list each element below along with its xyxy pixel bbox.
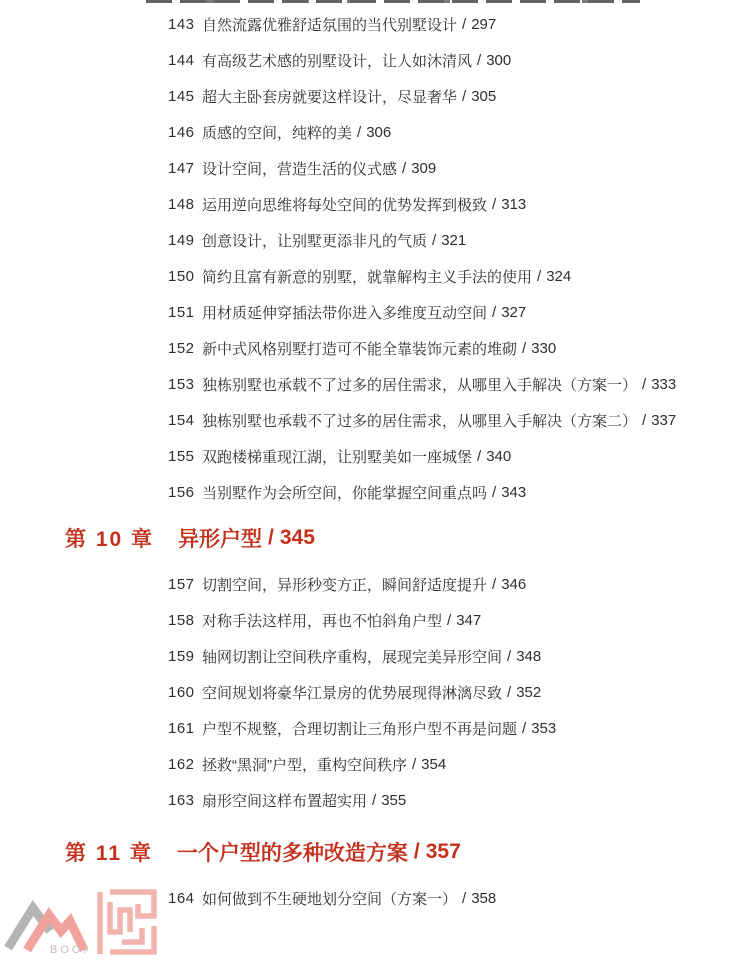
- chapter-label: 第 11 章: [65, 837, 153, 867]
- toc-section-2: 157切割空间，异形秒变方正，瞬间舒适度提升/346 158对称手法这样用，再也…: [168, 566, 556, 818]
- entry-separator: /: [447, 612, 451, 629]
- entry-page: 306: [366, 124, 391, 141]
- entry-separator: /: [642, 376, 646, 393]
- entry-separator: /: [412, 756, 416, 773]
- entry-page: 354: [421, 756, 446, 773]
- entry-page: 353: [531, 720, 556, 737]
- toc-entry: 164如何做到不生硬地划分空间（方案一）/358: [168, 880, 496, 916]
- entry-number: 156: [168, 484, 202, 501]
- entry-number: 151: [168, 304, 202, 321]
- entry-number: 153: [168, 376, 202, 393]
- entry-title: 质感的空间，纯粹的美: [202, 122, 352, 143]
- entry-separator: /: [507, 648, 511, 665]
- entry-page: 343: [501, 484, 526, 501]
- entry-number: 147: [168, 160, 202, 177]
- toc-entry: 146质感的空间，纯粹的美/306: [168, 114, 676, 150]
- toc-entry: 155双跑楼梯重现江湖，让别墅美如一座城堡/340: [168, 438, 676, 474]
- entry-number: 160: [168, 684, 202, 701]
- entry-page: 330: [531, 340, 556, 357]
- entry-number: 158: [168, 612, 202, 629]
- entry-number: 150: [168, 268, 202, 285]
- entry-title: 设计空间，营造生活的仪式感: [202, 158, 397, 179]
- toc-entry: 162拯救“黑洞”户型，重构空间秩序/354: [168, 746, 556, 782]
- toc-entry: 144有高级艺术感的别墅设计，让人如沐清风/300: [168, 42, 676, 78]
- entry-page: 324: [546, 268, 571, 285]
- book-logo-text: BOOK: [50, 944, 88, 954]
- chapter-title: 一个户型的多种改造方案: [177, 837, 408, 867]
- entry-page: 340: [486, 448, 511, 465]
- toc-section-1: 143自然流露优雅舒适氛围的当代别墅设计/297 144有高级艺术感的别墅设计，…: [168, 6, 676, 510]
- entry-separator: /: [507, 684, 511, 701]
- entry-separator: /: [522, 340, 526, 357]
- entry-separator: /: [492, 196, 496, 213]
- entry-separator: /: [642, 412, 646, 429]
- entry-title: 运用逆向思维将每处空间的优势发挥到极致: [202, 194, 487, 215]
- toc-entry: 163扇形空间这样布置超实用/355: [168, 782, 556, 818]
- entry-title: 自然流露优雅舒适氛围的当代别墅设计: [202, 14, 457, 35]
- toc-entry: 143自然流露优雅舒适氛围的当代别墅设计/297: [168, 6, 676, 42]
- entry-title: 户型不规整，合理切割让三角形户型不再是问题: [202, 718, 517, 739]
- chapter-page: 357: [426, 840, 461, 864]
- entry-number: 159: [168, 648, 202, 665]
- entry-number: 157: [168, 576, 202, 593]
- toc-entry: 152新中式风格别墅打造可不能全靠装饰元素的堆砌/330: [168, 330, 676, 366]
- toc-entry: 159轴网切割让空间秩序重构，展现完美异形空间/348: [168, 638, 556, 674]
- entry-separator: /: [462, 16, 466, 33]
- entry-title: 独栋别墅也承载不了过多的居住需求，从哪里入手解决（方案一）: [202, 374, 637, 395]
- entry-title: 当别墅作为会所空间，你能掌握空间重点吗: [202, 482, 487, 503]
- entry-separator: /: [402, 160, 406, 177]
- entry-title: 轴网切割让空间秩序重构，展现完美异形空间: [202, 646, 502, 667]
- toc-entry: 149创意设计，让别墅更添非凡的气质/321: [168, 222, 676, 258]
- entry-page: 313: [501, 196, 526, 213]
- entry-separator: /: [492, 304, 496, 321]
- chapter-title: 异形户型: [178, 523, 262, 553]
- clipped-text-remnant: [146, 0, 640, 3]
- chapter-heading-11: 第 11 章 一个户型的多种改造方案 / 357: [65, 836, 461, 868]
- entry-page: 348: [516, 648, 541, 665]
- entry-separator: /: [462, 890, 466, 907]
- chapter-label: 第 10 章: [65, 523, 154, 553]
- entry-title: 对称手法这样用，再也不怕斜角户型: [202, 610, 442, 631]
- chapter-separator: /: [268, 526, 274, 550]
- entry-number: 152: [168, 340, 202, 357]
- entry-separator: /: [357, 124, 361, 141]
- toc-entry: 156当别墅作为会所空间，你能掌握空间重点吗/343: [168, 474, 676, 510]
- watermark: BOOK: [0, 884, 180, 960]
- entry-page: 347: [456, 612, 481, 629]
- chapter-separator: /: [414, 840, 420, 864]
- entry-page: 297: [471, 16, 496, 33]
- entry-title: 空间规划将豪华江景房的优势展现得淋漓尽致: [202, 682, 502, 703]
- toc-entry: 150简约且富有新意的别墅，就靠解构主义手法的使用/324: [168, 258, 676, 294]
- toc-entry: 147设计空间，营造生活的仪式感/309: [168, 150, 676, 186]
- entry-number: 149: [168, 232, 202, 249]
- toc-entry: 161户型不规整，合理切割让三角形户型不再是问题/353: [168, 710, 556, 746]
- entry-separator: /: [492, 576, 496, 593]
- entry-separator: /: [522, 720, 526, 737]
- entry-number: 154: [168, 412, 202, 429]
- toc-entry: 154独栋别墅也承载不了过多的居住需求，从哪里入手解决（方案二）/337: [168, 402, 676, 438]
- toc-section-3: 164如何做到不生硬地划分空间（方案一）/358: [168, 880, 496, 916]
- entry-separator: /: [477, 448, 481, 465]
- toc-entry: 158对称手法这样用，再也不怕斜角户型/347: [168, 602, 556, 638]
- chapter-page: 345: [280, 526, 315, 550]
- entry-number: 145: [168, 88, 202, 105]
- entry-page: 352: [516, 684, 541, 701]
- entry-number: 162: [168, 756, 202, 773]
- entry-title: 简约且富有新意的别墅，就靠解构主义手法的使用: [202, 266, 532, 287]
- entry-page: 300: [486, 52, 511, 69]
- seal-stamp-icon: [92, 886, 162, 960]
- entry-page: 309: [411, 160, 436, 177]
- entry-page: 355: [381, 792, 406, 809]
- entry-number: 148: [168, 196, 202, 213]
- book-logo-icon: BOOK: [4, 898, 88, 954]
- entry-separator: /: [372, 792, 376, 809]
- entry-title: 扇形空间这样布置超实用: [202, 790, 367, 811]
- toc-entry: 153独栋别墅也承载不了过多的居住需求，从哪里入手解决（方案一）/333: [168, 366, 676, 402]
- entry-page: 337: [651, 412, 676, 429]
- entry-number: 146: [168, 124, 202, 141]
- entry-title: 用材质延伸穿插法带你进入多维度互动空间: [202, 302, 487, 323]
- entry-title: 如何做到不生硬地划分空间（方案一）: [202, 888, 457, 909]
- entry-number: 143: [168, 16, 202, 33]
- chapter-heading-10: 第 10 章 异形户型 / 345: [65, 522, 315, 554]
- entry-number: 163: [168, 792, 202, 809]
- entry-page: 321: [441, 232, 466, 249]
- toc-entry: 148运用逆向思维将每处空间的优势发挥到极致/313: [168, 186, 676, 222]
- toc-entry: 157切割空间，异形秒变方正，瞬间舒适度提升/346: [168, 566, 556, 602]
- entry-title: 独栋别墅也承载不了过多的居住需求，从哪里入手解决（方案二）: [202, 410, 637, 431]
- toc-entry: 145超大主卧套房就要这样设计，尽显奢华/305: [168, 78, 676, 114]
- entry-separator: /: [537, 268, 541, 285]
- entry-page: 346: [501, 576, 526, 593]
- entry-separator: /: [492, 484, 496, 501]
- entry-separator: /: [432, 232, 436, 249]
- toc-entry: 160空间规划将豪华江景房的优势展现得淋漓尽致/352: [168, 674, 556, 710]
- entry-title: 双跑楼梯重现江湖，让别墅美如一座城堡: [202, 446, 472, 467]
- entry-number: 155: [168, 448, 202, 465]
- entry-page: 333: [651, 376, 676, 393]
- toc-page: 143自然流露优雅舒适氛围的当代别墅设计/297 144有高级艺术感的别墅设计，…: [0, 0, 750, 960]
- entry-page: 327: [501, 304, 526, 321]
- entry-title: 创意设计，让别墅更添非凡的气质: [202, 230, 427, 251]
- entry-title: 超大主卧套房就要这样设计，尽显奢华: [202, 86, 457, 107]
- toc-entry: 151用材质延伸穿插法带你进入多维度互动空间/327: [168, 294, 676, 330]
- entry-number: 144: [168, 52, 202, 69]
- entry-title: 新中式风格别墅打造可不能全靠装饰元素的堆砌: [202, 338, 517, 359]
- entry-page: 305: [471, 88, 496, 105]
- entry-separator: /: [462, 88, 466, 105]
- entry-page: 358: [471, 890, 496, 907]
- entry-number: 161: [168, 720, 202, 737]
- entry-title: 拯救“黑洞”户型，重构空间秩序: [202, 754, 407, 775]
- entry-title: 有高级艺术感的别墅设计，让人如沐清风: [202, 50, 472, 71]
- entry-separator: /: [477, 52, 481, 69]
- entry-title: 切割空间，异形秒变方正，瞬间舒适度提升: [202, 574, 487, 595]
